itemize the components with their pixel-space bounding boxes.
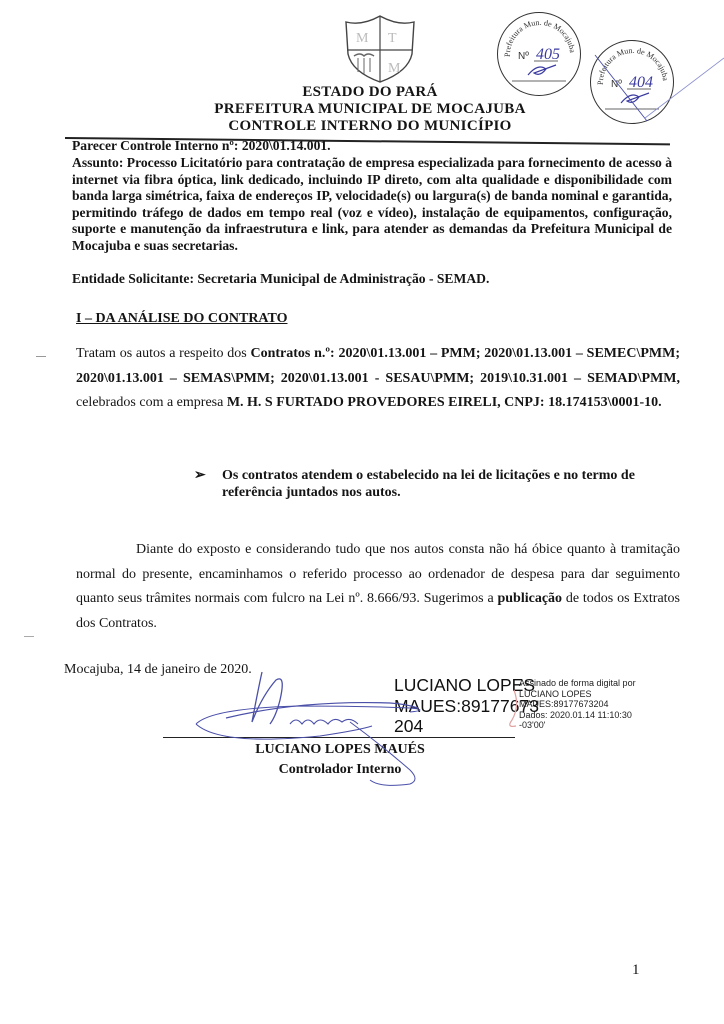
page-number: 1 [632, 962, 640, 979]
dsig-name-line: 204 [394, 716, 539, 737]
stamp-label: Nº [518, 51, 529, 62]
svg-text:T: T [388, 31, 397, 46]
signature-line-extension [420, 737, 515, 738]
dsig-name-line: LUCIANO LOPES [394, 675, 539, 696]
protocol-stamp-404: Prefeitura Mun. de Mocajuba Nº 404 [590, 40, 674, 124]
contracts-mid: celebrados com a empresa [76, 395, 227, 410]
header-department: CONTROLE INTERNO DO MUNICÍPIO [200, 118, 540, 135]
arrow-bullet-icon: ➢ [194, 467, 206, 484]
margin-mark [24, 636, 34, 637]
dsig-meta-line: Assinado de forma digital por [519, 678, 636, 689]
digital-signature-details: Assinado de forma digital por LUCIANO LO… [519, 678, 636, 731]
dsig-meta-line: Dados: 2020.01.14 11:10:30 [519, 710, 636, 721]
stamp-circle-icon: Prefeitura Mun. de Mocajuba Nº 404 [591, 41, 673, 123]
svg-text:M: M [388, 61, 401, 76]
dsig-meta-line: -03'00' [519, 720, 636, 731]
parecer-number: Parecer Controle Interno nº: 2020\01.14.… [72, 138, 672, 155]
section-title: I – DA ANÁLISE DO CONTRATO [76, 311, 287, 327]
subject: Assunto: Processo Licitatório para contr… [72, 155, 672, 254]
conclusion-paragraph: Diante do exposto e considerando tudo qu… [76, 538, 680, 636]
digital-signature-name: LUCIANO LOPES MAUES:89177673 204 [394, 675, 539, 737]
signature-line [163, 737, 420, 738]
stamp-number: 405 [536, 46, 560, 63]
conclusion-bold: publicação [497, 591, 562, 606]
bullet-text: Os contratos atendem o estabelecido na l… [222, 467, 682, 501]
requesting-entity: Entidade Solicitante: Secretaria Municip… [72, 271, 672, 288]
dsig-name-line: MAUES:89177673 [394, 696, 539, 717]
stamp-number: 404 [629, 74, 653, 91]
stamp-circle-icon: Prefeitura Mun. de Mocajuba Nº 405 [498, 13, 580, 95]
contracts-intro: Tratam os autos a respeito dos [76, 346, 250, 361]
dsig-meta-line: MAUES:89177673204 [519, 699, 636, 710]
company-name: M. H. S FURTADO PROVEDORES EIRELI, CNPJ:… [227, 395, 662, 410]
dsig-meta-line: LUCIANO LOPES [519, 689, 636, 700]
svg-text:M: M [356, 31, 369, 46]
date-place: Mocajuba, 14 de janeiro de 2020. [64, 662, 252, 678]
header-prefecture: PREFEITURA MUNICIPAL DE MOCAJUBA [200, 101, 540, 118]
signer-name: LUCIANO LOPES MAUÉS [250, 742, 430, 758]
contracts-paragraph: Tratam os autos a respeito dos Contratos… [76, 342, 680, 416]
protocol-stamp-405: Prefeitura Mun. de Mocajuba Nº 405 [497, 12, 581, 96]
stamp-label: Nº [611, 79, 622, 90]
header-state: ESTADO DO PARÁ [200, 84, 540, 101]
municipal-crest-icon: M T M [342, 12, 418, 84]
signer-role: Controlador Interno [250, 762, 430, 778]
margin-mark [36, 356, 46, 357]
